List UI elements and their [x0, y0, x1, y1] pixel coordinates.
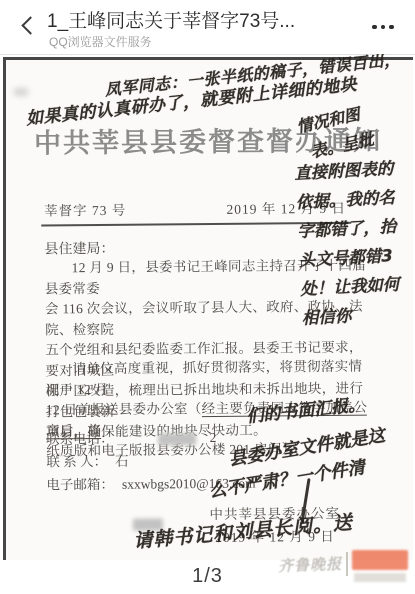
watermark-divider	[346, 552, 348, 576]
redacted-phone	[158, 433, 196, 445]
phone-value: 2	[210, 430, 217, 445]
app-header: 1_王峰同志关于莘督字73号... QQ浏览器文件服务	[0, 0, 415, 54]
watermark-small-caption	[354, 573, 406, 582]
handwritten-annotation: 直接附图表的依据。我的名字都错了，抬头文号都错3处！让我如何相信你	[294, 153, 415, 333]
file-viewer-screen: 1_王峰同志关于莘督字73号... QQ浏览器文件服务 中共莘县县委督查督办通知…	[0, 0, 415, 594]
document-number: 莘督字 73 号	[44, 199, 126, 220]
phone-label: 联系电话：	[46, 431, 114, 447]
contact-phone-line: 联系电话：2	[46, 426, 216, 447]
body-line-segment: 12 日前报送县委办公室（	[46, 401, 202, 417]
chevron-left-icon	[21, 16, 39, 34]
email-label: 电子邮箱：	[46, 477, 114, 493]
back-button[interactable]	[14, 10, 46, 44]
contact-person-line: 联 系 人：石	[46, 450, 128, 471]
watermark-brand: 齐鲁晚报	[278, 553, 343, 576]
file-service-subtitle: QQ浏览器文件服务	[49, 33, 152, 50]
news-watermark: 齐鲁晚报	[278, 548, 412, 588]
document-addressee: 县住建局：	[44, 238, 114, 259]
qilu-badge-logo	[352, 550, 408, 570]
more-menu-icon[interactable]	[363, 14, 403, 40]
person-value: 石	[115, 454, 129, 469]
person-label: 联 系 人：	[46, 454, 107, 470]
file-title: 1_王峰同志关于莘督字73号...	[47, 6, 347, 33]
